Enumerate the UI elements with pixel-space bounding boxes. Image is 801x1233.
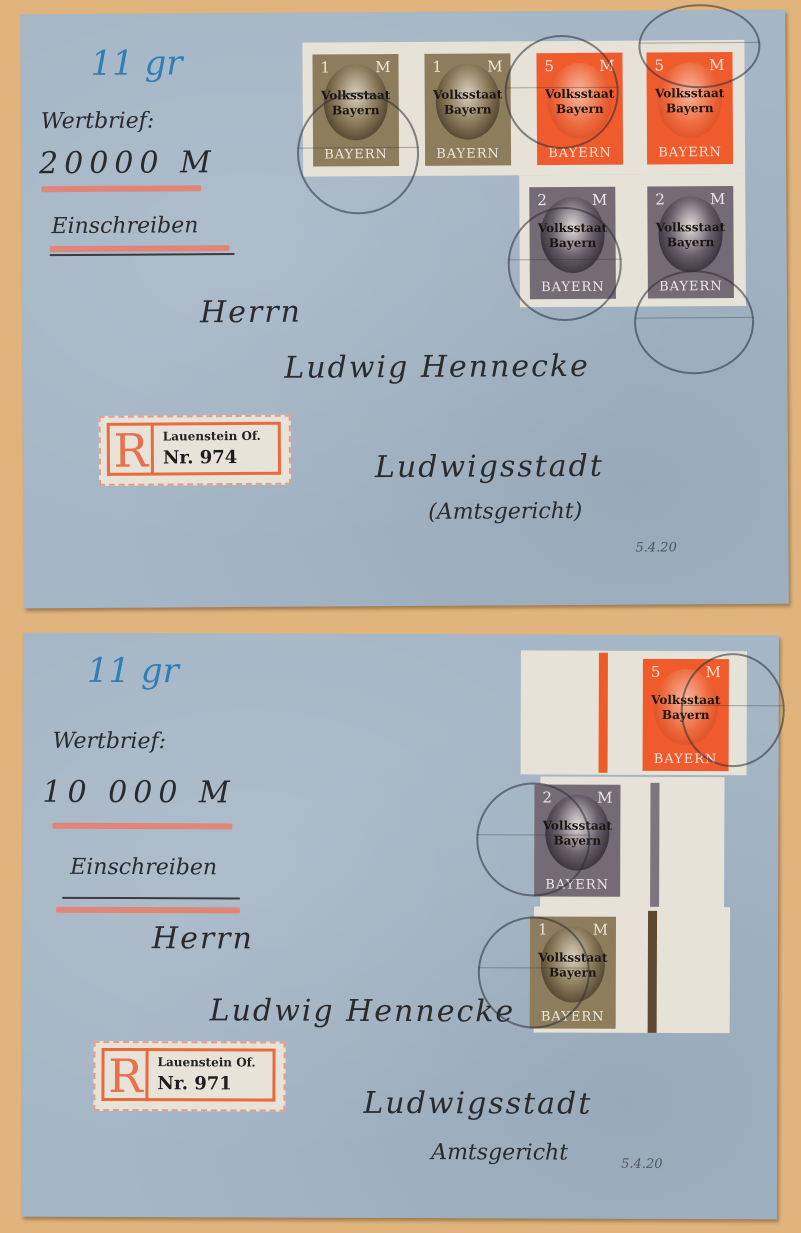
dark-underline bbox=[50, 253, 235, 256]
registration-label: R Lauenstein Of. Nr. 974 bbox=[99, 415, 291, 486]
red-underline bbox=[50, 245, 230, 252]
address-salutation: Herrn bbox=[152, 921, 254, 956]
post-office-name: Lauenstein Of. bbox=[157, 1055, 255, 1069]
envelope-top: 11 gr Wertbrief: 20000 M Einschreiben He… bbox=[20, 10, 789, 609]
registration-label: R Lauenstein Of. Nr. 971 bbox=[93, 1041, 285, 1112]
declared-value-label: Wertbrief: bbox=[53, 729, 166, 754]
red-underline bbox=[41, 185, 201, 192]
weight-note: 11 gr bbox=[87, 651, 179, 691]
pencil-note: 5.4.20 bbox=[621, 1157, 662, 1172]
overprint: Volksstaat Bayern bbox=[651, 86, 729, 116]
address-district: (Amtsgericht) bbox=[428, 499, 582, 525]
postmark bbox=[634, 270, 755, 375]
postmark bbox=[507, 207, 622, 322]
registration-number: Nr. 971 bbox=[157, 1073, 231, 1094]
declared-value: 10 000 M bbox=[42, 775, 235, 811]
declared-value-label: Wertbrief: bbox=[41, 109, 155, 135]
gutter-line-brown bbox=[648, 911, 657, 1033]
post-office-name: Lauenstein Of. bbox=[163, 429, 261, 444]
declared-value: 20000 M bbox=[39, 145, 217, 181]
red-underline bbox=[52, 823, 232, 830]
registration-letter: R bbox=[113, 426, 149, 476]
registered-instruction: Einschreiben bbox=[70, 855, 217, 881]
postmark bbox=[478, 916, 590, 1028]
postmark bbox=[681, 653, 785, 767]
registration-number: Nr. 974 bbox=[163, 447, 238, 468]
envelope-bottom: 11 gr Wertbrief: 10 000 M Einschreiben H… bbox=[21, 633, 779, 1220]
gutter-line-orange bbox=[599, 653, 608, 773]
postmark bbox=[504, 35, 619, 150]
postmark bbox=[638, 4, 761, 89]
dark-underline bbox=[62, 897, 240, 900]
overprint: Volksstaat Bayern bbox=[651, 220, 729, 250]
registered-instruction: Einschreiben bbox=[51, 213, 198, 239]
postmark bbox=[297, 92, 420, 215]
label-divider bbox=[151, 423, 154, 476]
red-underline bbox=[56, 907, 240, 914]
address-city: Ludwigsstadt bbox=[363, 1086, 592, 1122]
gutter-line-violet bbox=[650, 783, 659, 907]
address-district: Amtsgericht bbox=[431, 1140, 568, 1165]
overprint: Volksstaat Bayern bbox=[429, 87, 507, 117]
stamp-1m-brown: 1 M Volksstaat Bayern BAYERN bbox=[424, 53, 511, 166]
address-name: Ludwig Hennecke bbox=[210, 993, 516, 1029]
label-divider bbox=[145, 1048, 148, 1101]
address-name: Ludwig Hennecke bbox=[284, 349, 590, 386]
weight-note: 11 gr bbox=[90, 43, 182, 84]
postmark bbox=[476, 782, 590, 896]
registration-letter: R bbox=[107, 1051, 143, 1101]
address-salutation: Herrn bbox=[200, 295, 302, 331]
pencil-note: 5.4.20 bbox=[635, 540, 676, 555]
address-city: Ludwigsstadt bbox=[375, 449, 604, 485]
